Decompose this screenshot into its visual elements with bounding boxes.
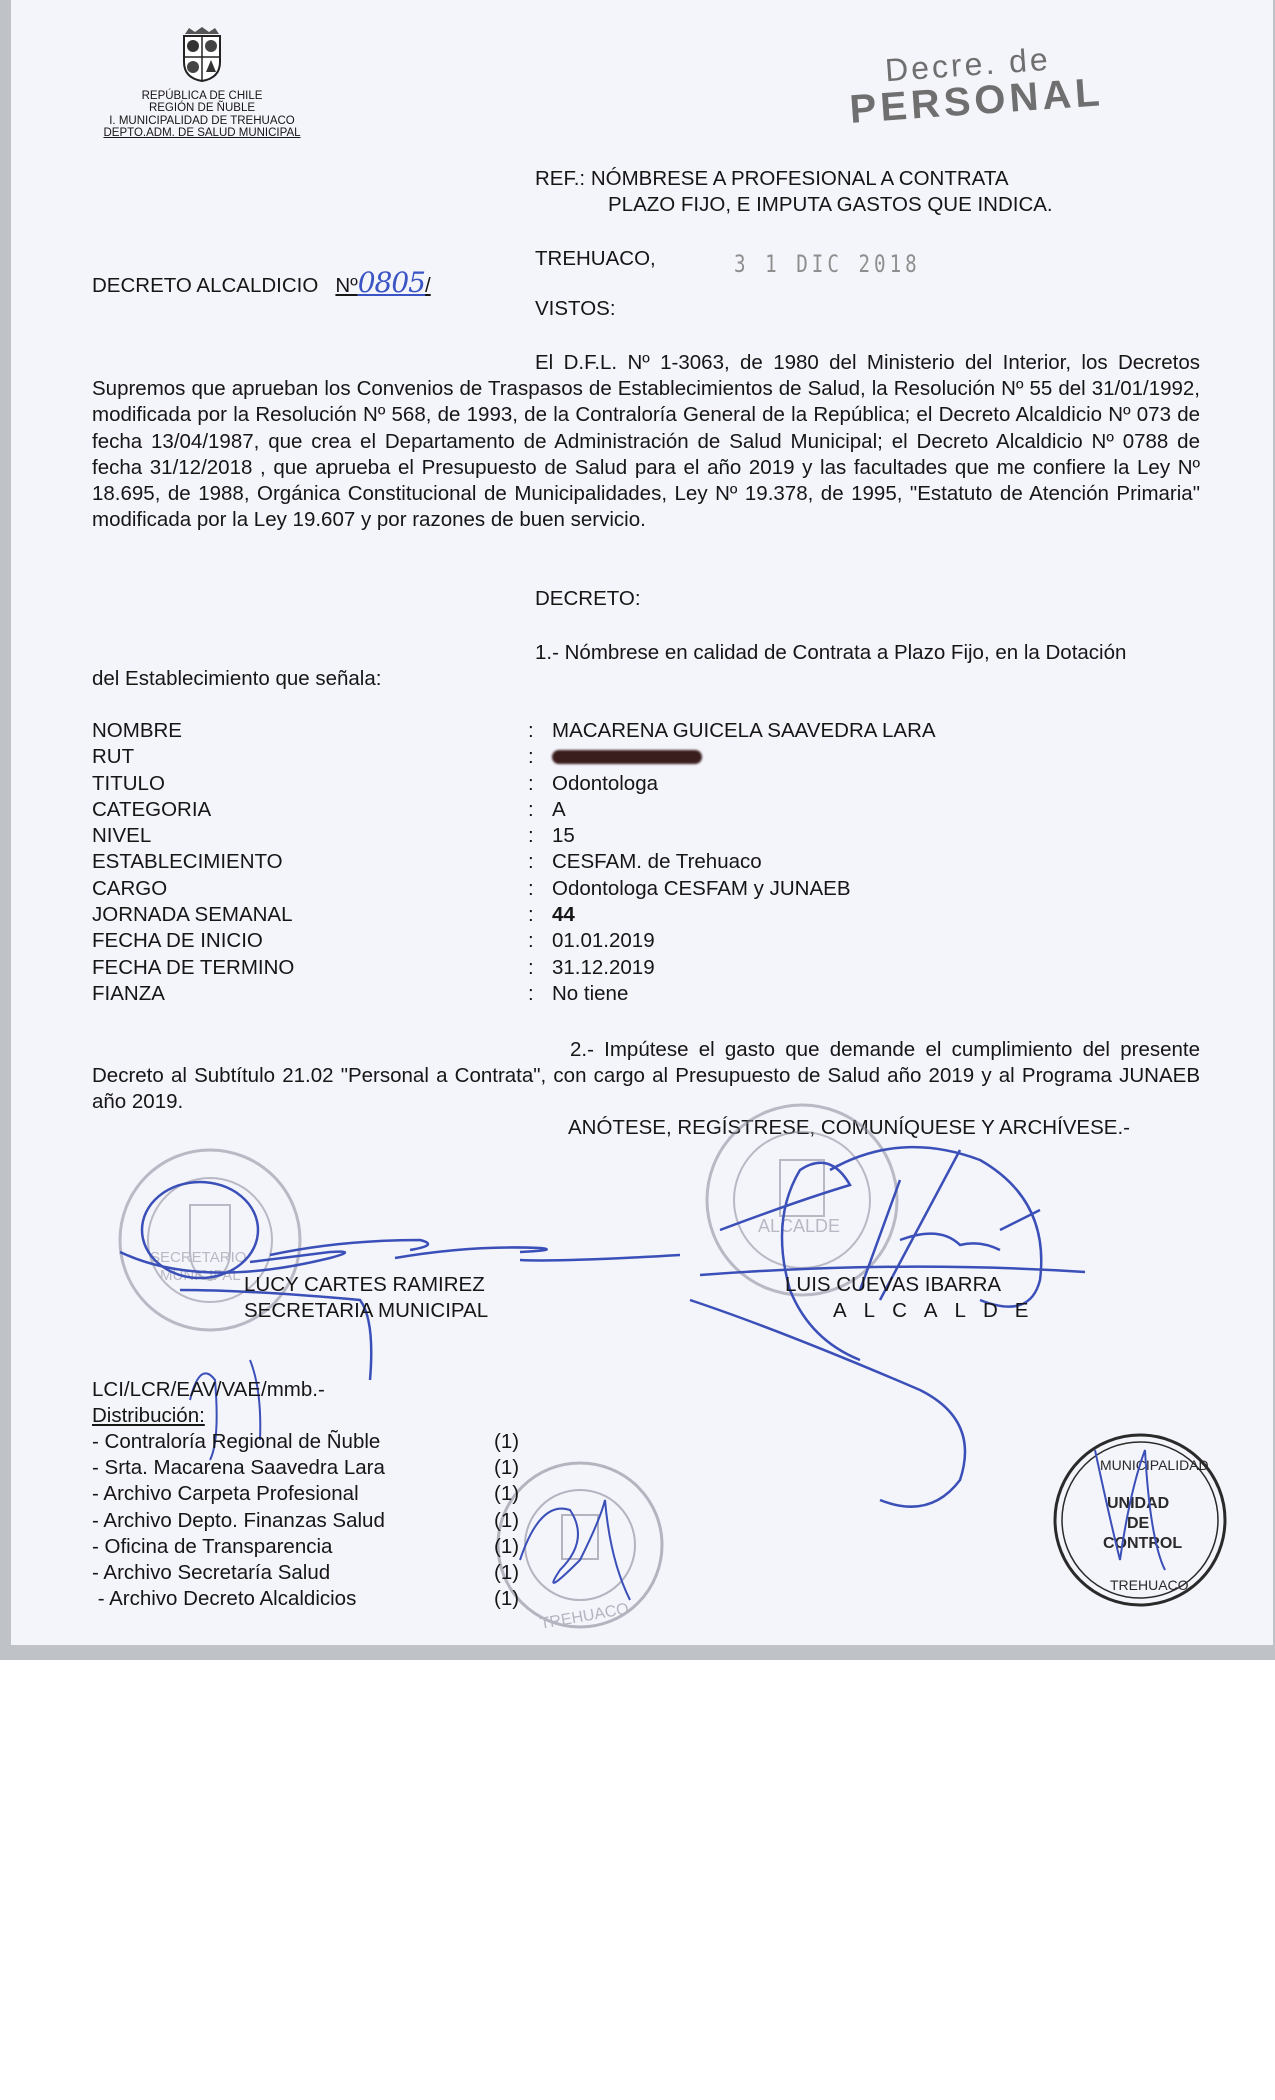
field-separator: :	[528, 876, 552, 902]
signatory-title: ALCALDE	[785, 1298, 1045, 1324]
distribution-label: - Srta. Macarena Saavedra Lara	[92, 1455, 385, 1481]
field-value: A	[552, 797, 566, 823]
field-row: FECHA DE TERMINO:31.12.2019	[92, 955, 992, 981]
field-row: RUT:	[92, 744, 992, 770]
letterhead-line: I. MUNICIPALIDAD DE TREHUACO	[92, 115, 312, 128]
distribution-item: - Archivo Secretaría Salud(1)	[92, 1560, 532, 1586]
field-row: NIVEL:15	[92, 823, 992, 849]
closing-formula: ANÓTESE, REGÍSTRESE, COMUNÍQUESE Y ARCHÍ…	[568, 1115, 1130, 1141]
field-label: TITULO	[92, 771, 528, 797]
field-label: RUT	[92, 744, 528, 770]
signatory-alcalde: LUIS CUEVAS IBARRA ALCALDE	[785, 1272, 1045, 1324]
field-separator: :	[528, 823, 552, 849]
distribution-label: - Archivo Decreto Alcaldicios	[92, 1586, 356, 1612]
distribution-label: - Archivo Carpeta Profesional	[92, 1481, 359, 1507]
distribution-label: - Contraloría Regional de Ñuble	[92, 1429, 380, 1455]
distribution-label: - Archivo Depto. Finanzas Salud	[92, 1508, 385, 1534]
field-label: NIVEL	[92, 823, 528, 849]
distribution-count: (1)	[494, 1560, 532, 1586]
field-value: CESFAM. de Trehuaco	[552, 849, 762, 875]
date-stamp: 3 1 DIC 2018	[734, 250, 921, 278]
distribution-label: - Oficina de Transparencia	[92, 1534, 332, 1560]
appointment-fields: NOMBRE:MACARENA GUICELA SAAVEDRA LARARUT…	[92, 718, 992, 1007]
field-label: FECHA DE TERMINO	[92, 955, 528, 981]
distribution-count: (1)	[494, 1508, 532, 1534]
distribution-count: (1)	[494, 1534, 532, 1560]
field-separator: :	[528, 981, 552, 1007]
field-value: 01.01.2019	[552, 928, 655, 954]
field-value	[552, 744, 702, 770]
field-row: NOMBRE:MACARENA GUICELA SAAVEDRA LARA	[92, 718, 992, 744]
field-label: CATEGORIA	[92, 797, 528, 823]
distribution-count: (1)	[494, 1586, 532, 1612]
field-value: Odontologa	[552, 771, 658, 797]
distribution-title: Distribución:	[92, 1403, 205, 1429]
field-label: FIANZA	[92, 981, 528, 1007]
field-separator: :	[528, 849, 552, 875]
reference-line: PLAZO FIJO, E IMPUTA GASTOS QUE INDICA.	[535, 192, 1053, 218]
distribution-count: (1)	[494, 1429, 532, 1455]
redaction-mark	[552, 750, 702, 764]
field-value: No tiene	[552, 981, 628, 1007]
personal-stamp: Decre. de PERSONAL	[846, 38, 1105, 130]
distribution-item: - Archivo Carpeta Profesional(1)	[92, 1481, 532, 1507]
distribution-item: - Oficina de Transparencia(1)	[92, 1534, 532, 1560]
field-row: TITULO:Odontologa	[92, 771, 992, 797]
letterhead: REPÚBLICA DE CHILE REGIÓN DE ÑUBLE I. MU…	[92, 26, 312, 140]
distribution-count: (1)	[494, 1455, 532, 1481]
vistos-heading: VISTOS:	[535, 296, 616, 322]
field-row: FIANZA:No tiene	[92, 981, 992, 1007]
letterhead-line: DEPTO.ADM. DE SALUD MUNICIPAL	[92, 127, 312, 140]
item1-line: del Establecimiento que señala:	[92, 666, 381, 692]
reference-block: REF.: NÓMBRESE A PROFESIONAL A CONTRATA …	[535, 166, 1053, 218]
municipal-crest-icon	[179, 26, 225, 82]
field-separator: :	[528, 771, 552, 797]
field-value: 15	[552, 823, 575, 849]
vistos-paragraph: El D.F.L. Nº 1-3063, de 1980 del Ministe…	[92, 350, 1200, 533]
field-row: FECHA DE INICIO:01.01.2019	[92, 928, 992, 954]
field-separator: :	[528, 902, 552, 928]
item1-line: 1.- Nómbrese en calidad de Contrata a Pl…	[535, 640, 1126, 666]
field-label: ESTABLECIMIENTO	[92, 849, 528, 875]
decree-number: DECRETO ALCALDICIO Nº0805/	[92, 270, 431, 299]
handwritten-number: 0805	[358, 266, 425, 299]
field-label: JORNADA SEMANAL	[92, 902, 528, 928]
letterhead-line: REGIÓN DE ÑUBLE	[92, 102, 312, 115]
signatory-secretaria: LUCY CARTES RAMIREZ SECRETARIA MUNICIPAL	[244, 1272, 488, 1324]
field-label: CARGO	[92, 876, 528, 902]
decreto-heading: DECRETO:	[535, 586, 641, 612]
field-value: 31.12.2019	[552, 955, 655, 981]
field-row: CATEGORIA:A	[92, 797, 992, 823]
number-sign: Nº	[335, 274, 357, 297]
distribution-item: - Archivo Depto. Finanzas Salud(1)	[92, 1508, 532, 1534]
number-suffix: /	[425, 274, 431, 297]
field-separator: :	[528, 928, 552, 954]
field-value: Odontologa CESFAM y JUNAEB	[552, 876, 851, 902]
field-separator: :	[528, 797, 552, 823]
reference-line: REF.: NÓMBRESE A PROFESIONAL A CONTRATA	[535, 166, 1053, 192]
signatory-name: LUIS CUEVAS IBARRA	[785, 1272, 1045, 1298]
field-value: 44	[552, 902, 575, 928]
field-row: ESTABLECIMIENTO:CESFAM. de Trehuaco	[92, 849, 992, 875]
initials-line: LCI/LCR/EAV/VAE/mmb.-	[92, 1377, 325, 1403]
field-label: NOMBRE	[92, 718, 528, 744]
item2-paragraph: 2.- Impútese el gasto que demande el cum…	[92, 1037, 1200, 1116]
field-row: JORNADA SEMANAL:44	[92, 902, 992, 928]
signatory-name: LUCY CARTES RAMIREZ	[244, 1272, 488, 1298]
distribution-item: - Srta. Macarena Saavedra Lara(1)	[92, 1455, 532, 1481]
distribution-list: - Contraloría Regional de Ñuble(1)- Srta…	[92, 1429, 532, 1612]
distribution-item: - Archivo Decreto Alcaldicios(1)	[92, 1586, 532, 1612]
decree-label: DECRETO ALCALDICIO	[92, 274, 318, 297]
distribution-item: - Contraloría Regional de Ñuble(1)	[92, 1429, 532, 1455]
place-label: TREHUACO,	[535, 246, 656, 272]
field-row: CARGO:Odontologa CESFAM y JUNAEB	[92, 876, 992, 902]
field-separator: :	[528, 718, 552, 744]
signatory-title: SECRETARIA MUNICIPAL	[244, 1298, 488, 1324]
distribution-count: (1)	[494, 1481, 532, 1507]
field-value: MACARENA GUICELA SAAVEDRA LARA	[552, 718, 936, 744]
field-label: FECHA DE INICIO	[92, 928, 528, 954]
item2-text: 2.- Impútese el gasto que demande el cum…	[92, 1038, 1200, 1113]
field-separator: :	[528, 744, 552, 770]
distribution-label: - Archivo Secretaría Salud	[92, 1560, 330, 1586]
letterhead-line: REPÚBLICA DE CHILE	[92, 90, 312, 103]
field-separator: :	[528, 955, 552, 981]
vistos-text: El D.F.L. Nº 1-3063, de 1980 del Ministe…	[92, 351, 1200, 531]
